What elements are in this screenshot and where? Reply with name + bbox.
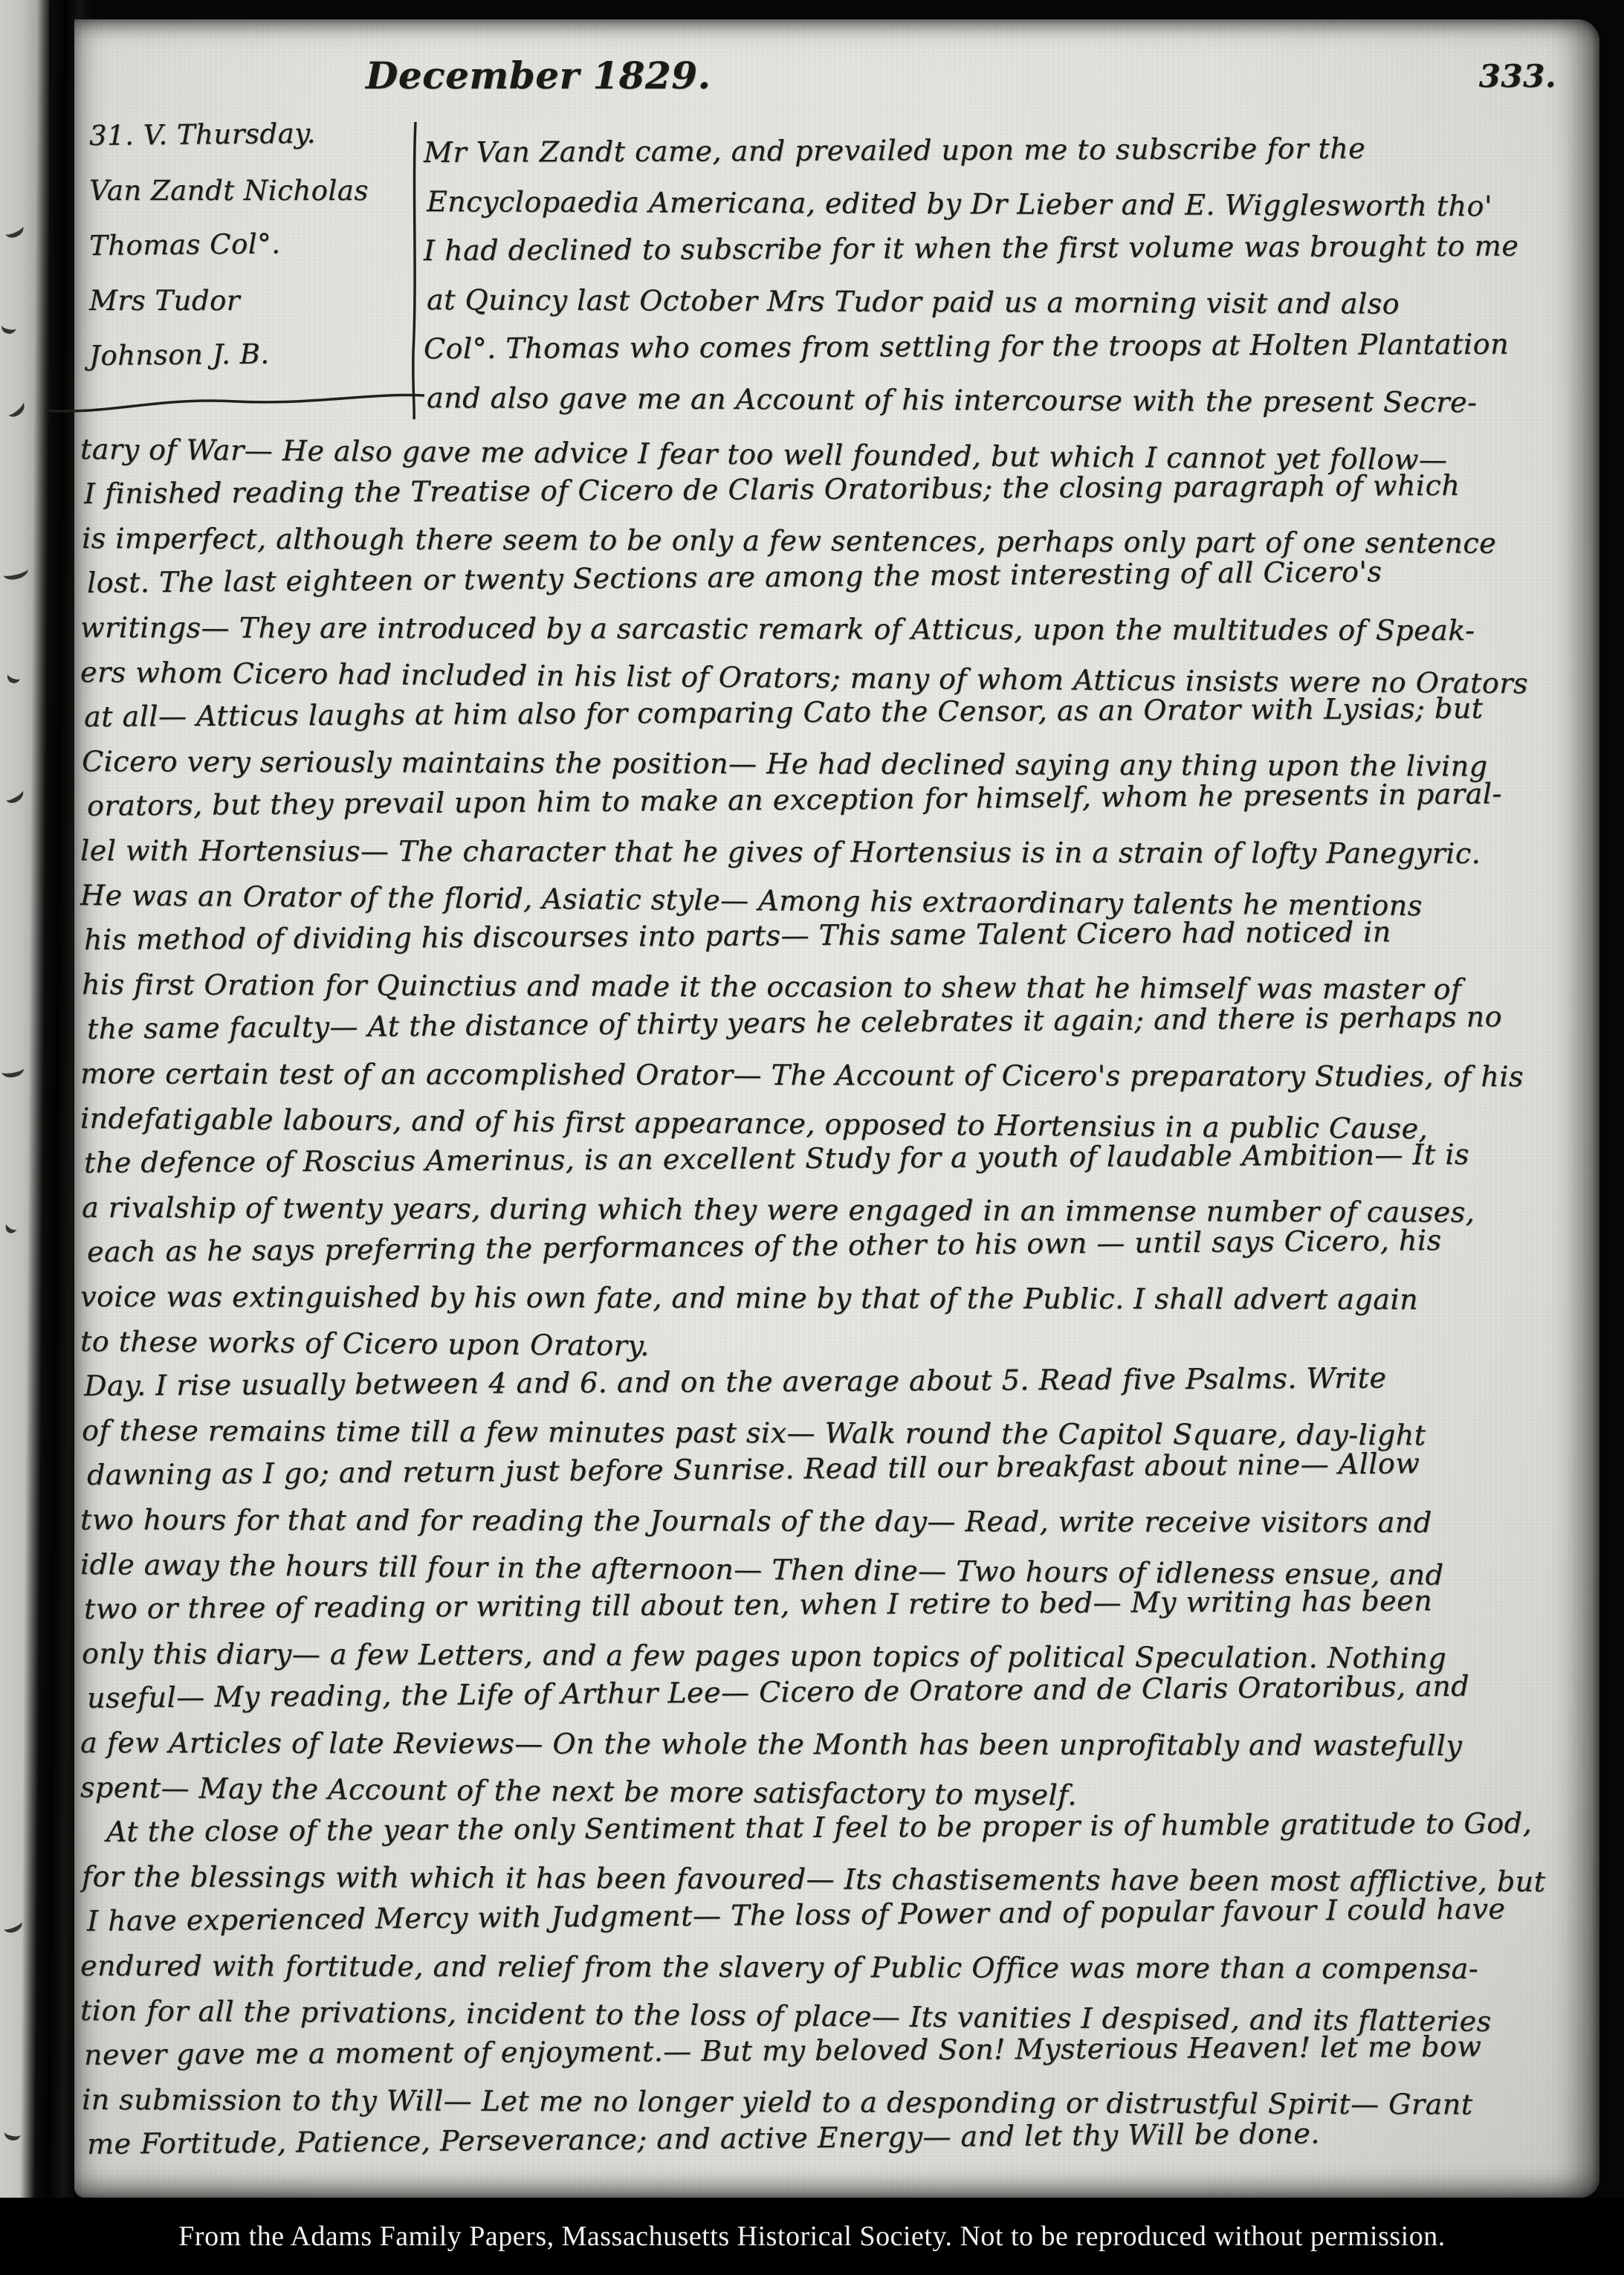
manuscript-line: Mr Van Zandt came, and prevailed upon me… — [424, 123, 1591, 177]
manuscript-line: his method of dividing his discourses in… — [84, 909, 1597, 962]
entry-date-header: December 1829. — [366, 54, 711, 97]
margin-divider-line — [410, 122, 419, 419]
ink-fragment — [1, 1062, 25, 1080]
margin-visitor-name: Johnson J. B. — [89, 325, 410, 383]
manuscript-line: the defence of Roscius Amerinus, is an e… — [84, 1132, 1597, 1185]
entry-opening: Mr Van Zandt came, and prevailed upon me… — [424, 128, 1591, 422]
manuscript-line: a few Articles of late Reviews— On the w… — [80, 1720, 1594, 1768]
margin-visitor-name: Thomas Col°. — [89, 215, 410, 273]
footer-credit-text: From the Adams Family Papers, Massachuse… — [178, 2220, 1445, 2253]
ink-fragment — [2, 220, 25, 241]
ink-fragment — [4, 2125, 22, 2142]
margin-visitor-name: Mrs Tudor — [89, 274, 409, 329]
margin-date-line: 31. V. Thursday. — [89, 105, 410, 163]
ink-fragment — [4, 397, 28, 420]
ink-fragment — [0, 318, 18, 335]
manuscript-line: two hours for that and for reading the J… — [80, 1497, 1594, 1545]
entry-body: tary of War— He also gave me advice I fe… — [80, 427, 1594, 2166]
manuscript-line: I finished reading the Treatise of Cicer… — [84, 462, 1597, 516]
ink-fragment — [3, 1217, 20, 1235]
manuscript-page: December 1829. 333. 31. V. Thursday. Van… — [74, 19, 1599, 2198]
footer-credit-bar: From the Adams Family Papers, Massachuse… — [0, 2198, 1624, 2275]
manuscript-line: writings— They are introduced by a sarca… — [80, 605, 1594, 653]
ink-fragment — [1, 562, 30, 582]
scanned-diary-page: { "page": { "header_date": "December 182… — [0, 0, 1624, 2275]
margin-underline — [43, 385, 426, 418]
manuscript-line: At the close of the year the only Sentim… — [84, 1801, 1597, 1854]
ink-fragment — [5, 667, 22, 685]
manuscript-line: at all— Atticus laughs at him also for c… — [84, 685, 1597, 739]
manuscript-line: Day. I rise usually between 4 and 6. and… — [84, 1355, 1597, 1408]
manuscript-line: never gave me a moment of enjoyment.— Bu… — [84, 2024, 1597, 2077]
manuscript-line: endured with fortitude, and relief from … — [80, 1943, 1594, 1991]
manuscript-line: two or three of reading or writing till … — [84, 1578, 1597, 1631]
manuscript-line: Col°. Thomas who comes from settling for… — [424, 319, 1591, 373]
manuscript-line: more certain test of an accomplished Ora… — [80, 1051, 1594, 1099]
manuscript-line: voice was extinguished by his own fate, … — [80, 1274, 1594, 1322]
margin-notes: 31. V. Thursday. Van Zandt Nicholas Thom… — [89, 109, 409, 384]
margin-visitor-name: Van Zandt Nicholas — [89, 164, 409, 219]
manuscript-line: and also gave me an Account of his inter… — [427, 373, 1594, 427]
manuscript-line: lel with Hortensius— The character that … — [80, 828, 1594, 876]
page-number: 333. — [1479, 58, 1556, 94]
manuscript-line: I had declined to subscribe for it when … — [424, 221, 1591, 275]
ink-fragment — [1, 1915, 24, 1935]
ink-fragment — [2, 784, 26, 806]
